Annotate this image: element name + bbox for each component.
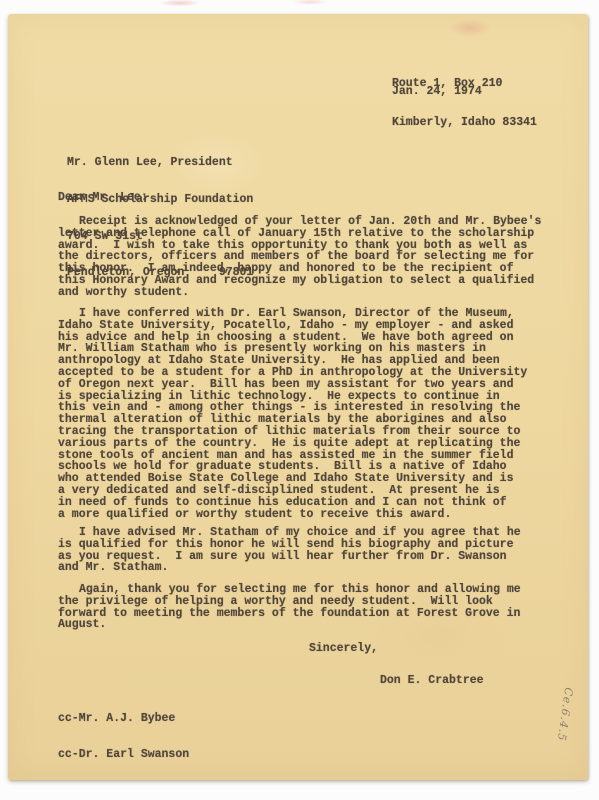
body-paragraph-4: Again, thank you for selecting me for th… xyxy=(58,584,550,631)
sender-address-line: Kimberly, Idaho 83341 xyxy=(392,116,537,129)
closing: Sincerely, xyxy=(309,643,378,655)
letter-date: Jan. 24, 1974 xyxy=(392,86,482,98)
scan-background: Route 1, Box 210 Kimberly, Idaho 83341 J… xyxy=(0,0,599,800)
cc-line: cc-Dr. Earl Swanson xyxy=(58,749,189,761)
sender-address-block: Route 1, Box 210 Kimberly, Idaho 83341 xyxy=(392,51,537,155)
handwritten-annotation: Ce.6.4.5 xyxy=(554,681,576,748)
letter-paper: Route 1, Box 210 Kimberly, Idaho 83341 J… xyxy=(8,14,588,780)
body-paragraph-3: I have advised Mr. Statham of my choice … xyxy=(58,527,550,574)
salutation: Dear Mr. Lee: xyxy=(58,192,148,204)
body-paragraph-1: Receipt is acknowledged of your letter o… xyxy=(58,216,550,299)
body-paragraph-2: I have conferred with Dr. Earl Swanson, … xyxy=(58,308,550,520)
cc-block: cc-Mr. A.J. Bybee cc-Dr. Earl Swanson xyxy=(58,689,189,785)
signature-name: Don E. Crabtree xyxy=(380,675,484,687)
cc-line: cc-Mr. A.J. Bybee xyxy=(58,713,189,725)
recipient-address-line: Mr. Glenn Lee, President xyxy=(67,157,253,169)
